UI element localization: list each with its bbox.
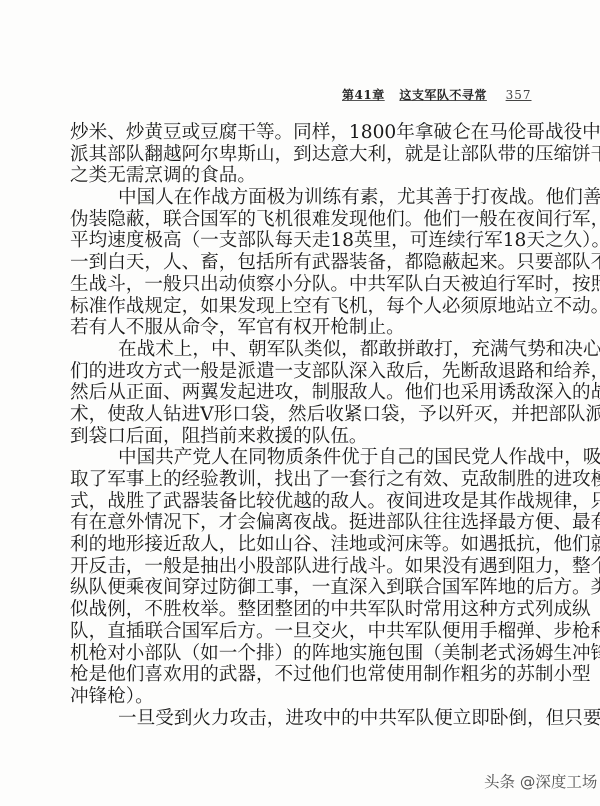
page-number: 357 (506, 88, 532, 102)
text-line: 机枪对小部队（如一个排）的阵地实施包围（美制老式汤姆生冲锋 (70, 643, 542, 665)
text-line: 若有人不服从命令，军官有权开枪制止。 (70, 317, 542, 339)
text-line: 平均速度极高（一支部队每天走18英里，可连续行军18天之久）。 (70, 230, 542, 252)
chapter-title: 这支军队不寻常 (399, 88, 487, 102)
chapter-number: 第41章 (342, 88, 385, 102)
text-line: 枪是他们喜欢用的武器，不过他们也常使用制作粗劣的苏制小型 (70, 664, 542, 686)
text-line: 炒米、炒黄豆或豆腐干等。同样，1800年拿破仑在马伦哥战役中， (70, 122, 542, 144)
watermark: 头条 @深度工场 (484, 770, 597, 792)
text-line: 伪装隐蔽，联合国军的飞机很难发现他们。他们一般在夜间行军， (70, 209, 542, 231)
paragraph-first-line: 一旦受到火力攻击，进攻中的中共军队便立即卧倒，但只要射 (70, 708, 542, 730)
text-line: 之类无需烹调的食品。 (70, 165, 542, 187)
text-line: 取了军事上的经验教训，找出了一套行之有效、克敌制胜的进攻模 (70, 469, 542, 491)
body-text: 炒米、炒黄豆或豆腐干等。同样，1800年拿破仑在马伦哥战役中，派其部队翻越阿尔卑… (70, 122, 542, 729)
text-line: 式，战胜了武器装备比较优越的敌人。夜间进攻是其作战规律，只 (70, 491, 542, 513)
text-line: 术，使敌人钻进V形口袋，然后收紧口袋，予以歼灭，并把部队派 (70, 404, 542, 426)
paragraph-first-line: 中国共产党人在同物质条件优于自己的国民党人作战中，吸 (70, 447, 542, 469)
text-line: 开反击，一般是抽出小股部队进行战斗。如果没有遇到阻力，整个 (70, 556, 542, 578)
text-line: 到袋口后面，阻挡前来救援的队伍。 (70, 426, 542, 448)
running-head: 第41章 这支军队不寻常 357 (342, 86, 522, 104)
text-line: 们的进攻方式一般是派遣一支部队深入敌后，先断敌退路和给养， (70, 361, 542, 383)
text-line: 利的地形接近敌人，比如山谷、洼地或河床等。如遇抵抗，他们就展 (70, 534, 542, 556)
text-line: 然后从正面、两翼发起进攻，制服敌人。他们也采用诱敌深入的战 (70, 382, 542, 404)
text-line: 派其部队翻越阿尔卑斯山，到达意大利，就是让部队带的压缩饼干 (70, 144, 542, 166)
text-line: 标准作战规定，如果发现上空有飞机，每个人必须原地站立不动。 (70, 296, 542, 318)
text-line: 似战例，不胜枚举。整团整团的中共军队时常用这种方式列成纵 (70, 599, 542, 621)
paragraph-first-line: 在战术上，中、朝军队类似，都敢拼敢打，充满气势和决心。他 (70, 339, 542, 361)
text-line: 队，直插联合国军后方。一旦交火，中共军队便用手榴弹、步枪和轻 (70, 621, 542, 643)
text-line: 冲锋枪）。 (70, 686, 542, 708)
text-line: 有在意外情况下，才会偏离夜战。挺进部队往往选择最方便、最有 (70, 512, 542, 534)
text-line: 一到白天，人、畜，包括所有武器装备，都隐蔽起来。只要部队不发 (70, 252, 542, 274)
paragraph-first-line: 中国人在作战方面极为训练有素，尤其善于打夜战。他们善于 (70, 187, 542, 209)
text-line: 纵队便乘夜间穿过防御工事，一直深入到联合国军阵地的后方。类 (70, 577, 542, 599)
text-line: 生战斗，一般只出动侦察小分队。中共军队白天被迫行军时，按照 (70, 274, 542, 296)
